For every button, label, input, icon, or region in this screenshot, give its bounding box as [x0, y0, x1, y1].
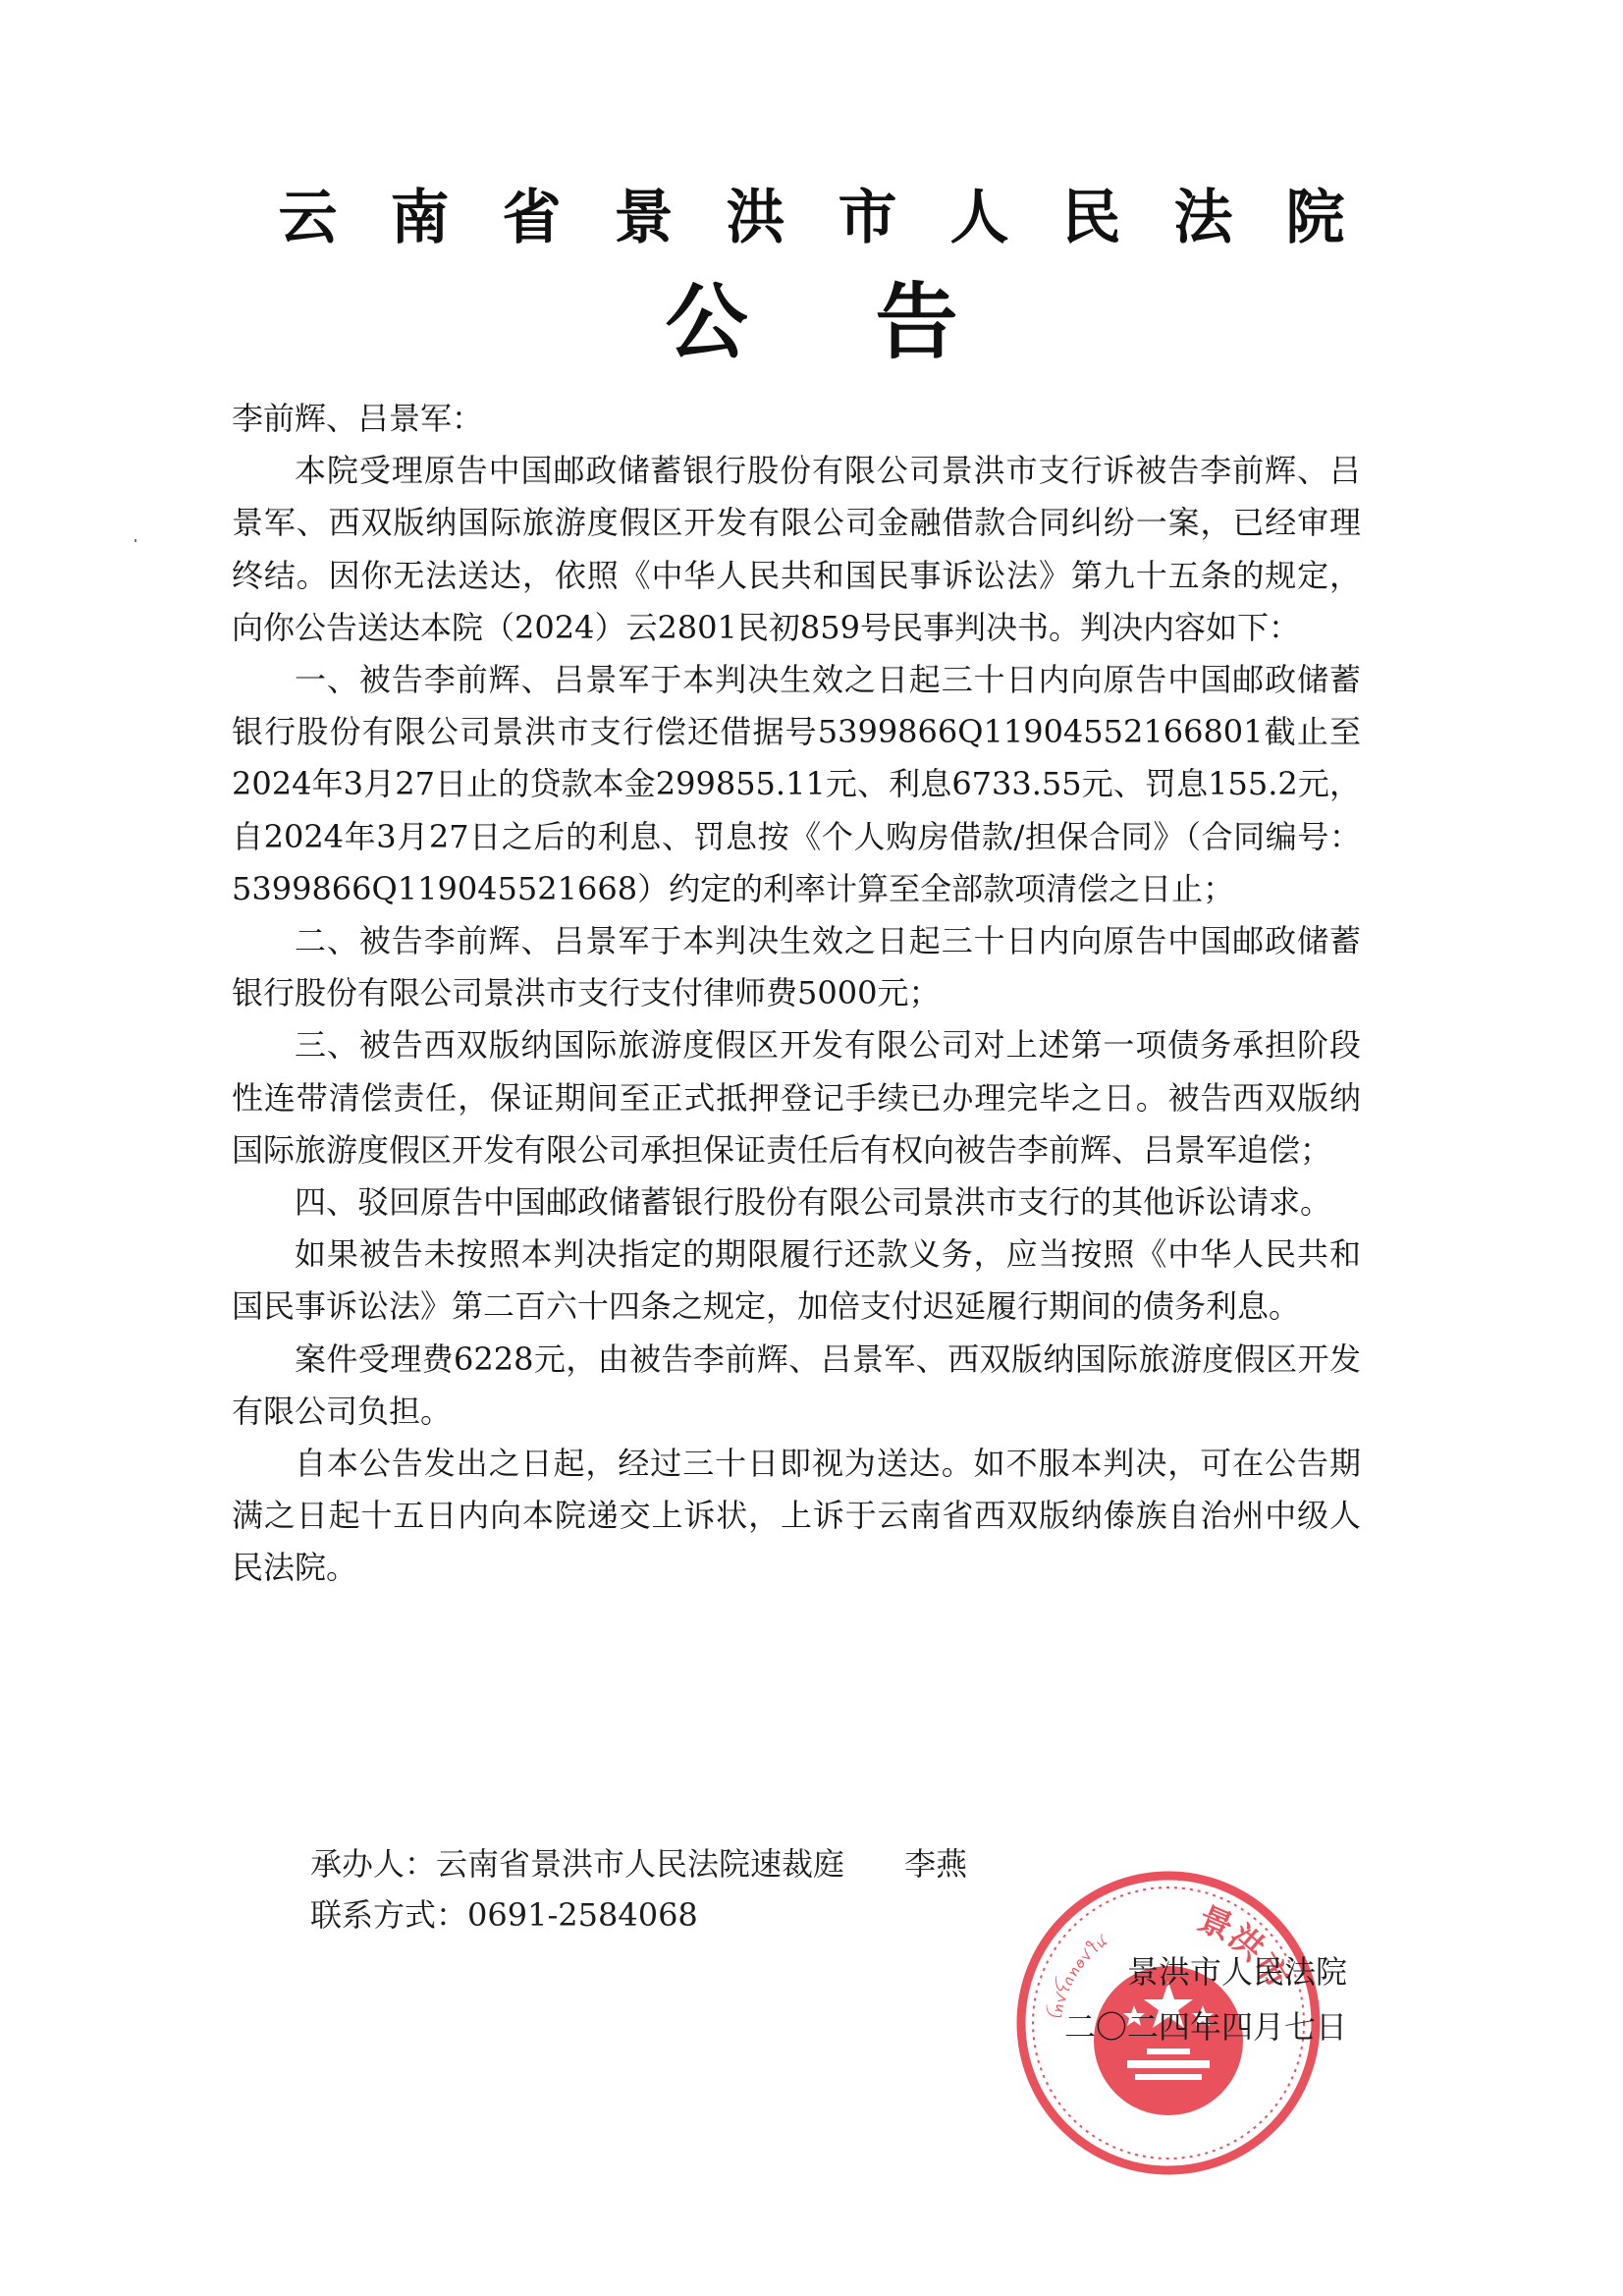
- handler-row: 承办人：云南省景洪市人民法院速裁庭 李燕: [310, 1838, 967, 1889]
- signature-block: 景洪市人民法院 二〇二四年四月七日: [1033, 1944, 1347, 2054]
- notice-body: 李前辉、吕景军： 本院受理原告中国邮政储蓄银行股份有限公司景洪市支行诉被告李前辉…: [232, 393, 1361, 1595]
- scan-speck: [135, 539, 136, 542]
- document-type-heading: 公告: [0, 273, 1623, 371]
- addressee: 李前辉、吕景军：: [232, 393, 1361, 445]
- phone-label: 联系方式：: [310, 1896, 467, 1934]
- signing-date: 二〇二四年四月七日: [1033, 1999, 1347, 2054]
- judgment-item-2: 二、被告李前辉、吕景军于本判决生效之日起三十日内向原告中国邮政储蓄银行股份有限公…: [232, 915, 1361, 1019]
- court-name-heading: 云南省景洪市人民法院: [0, 179, 1623, 257]
- judgment-item-1: 一、被告李前辉、吕景军于本判决生效之日起三十日内向原告中国邮政储蓄银行股份有限公…: [232, 654, 1361, 915]
- handler-name: 李燕: [904, 1845, 967, 1883]
- paragraph-case-fee: 案件受理费6228元，由被告李前辉、吕景军、西双版纳国际旅游度假区开发有限公司负…: [232, 1334, 1361, 1438]
- handler-dept: 云南省景洪市人民法院速裁庭: [436, 1845, 844, 1883]
- handler-label: 承办人：: [310, 1845, 436, 1883]
- paragraph-intro: 本院受理原告中国邮政储蓄银行股份有限公司景洪市支行诉被告李前辉、吕景军、西双版纳…: [232, 445, 1361, 654]
- phone-number: 0691-2584068: [467, 1896, 698, 1934]
- contact-block: 承办人：云南省景洪市人民法院速裁庭 李燕 联系方式：0691-2584068: [310, 1838, 967, 1941]
- paragraph-late-payment: 如果被告未按照本判决指定的期限履行还款义务，应当按照《中华人民共和国民事诉讼法》…: [232, 1229, 1361, 1333]
- judgment-item-3: 三、被告西双版纳国际旅游度假区开发有限公司对上述第一项债务承担阶段性连带清偿责任…: [232, 1019, 1361, 1176]
- court-notice-page: 云南省景洪市人民法院 公告 李前辉、吕景军： 本院受理原告中国邮政储蓄银行股份有…: [0, 0, 1623, 2296]
- judgment-item-4: 四、驳回原告中国邮政储蓄银行股份有限公司景洪市支行的其他诉讼请求。: [232, 1176, 1361, 1229]
- paragraph-appeal: 自本公告发出之日起，经过三十日即视为送达。如不服本判决，可在公告期满之日起十五日…: [232, 1438, 1361, 1595]
- phone-row: 联系方式：0691-2584068: [310, 1889, 967, 1941]
- signing-court: 景洪市人民法院: [1033, 1944, 1347, 1999]
